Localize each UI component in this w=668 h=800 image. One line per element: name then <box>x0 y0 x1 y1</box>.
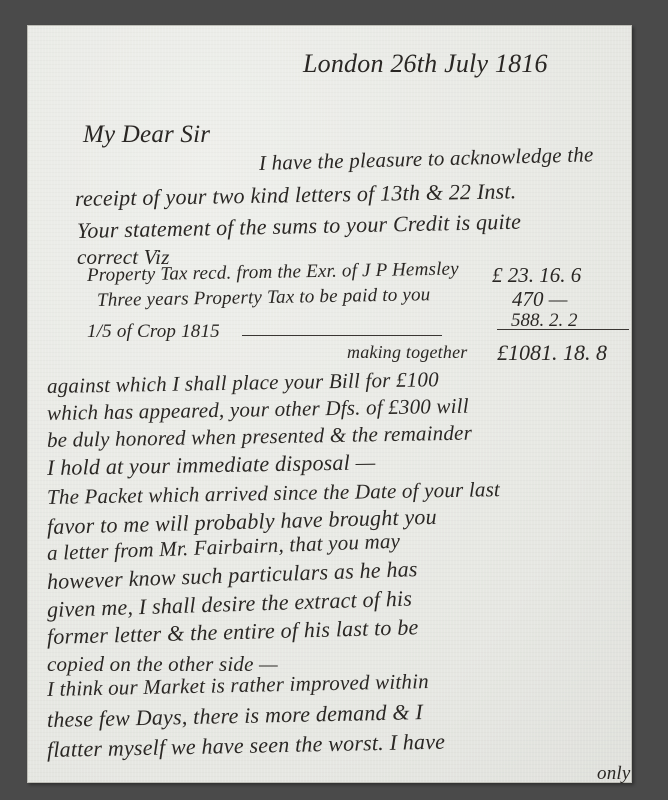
ledger-item-amount: 470 — <box>512 287 567 312</box>
letter-line: Your statement of the sums to your Credi… <box>77 209 522 244</box>
ledger-item-amount: £ 23. 16. 6 <box>492 263 581 288</box>
letter-line: be duly honored when presented & the rem… <box>47 421 472 453</box>
letter-salutation: My Dear Sir <box>83 121 210 149</box>
ledger-dash-flourish <box>242 335 442 336</box>
ledger-total-amount: £1081. 18. 8 <box>497 340 607 366</box>
letter-dateline: London 26th July 1816 <box>303 49 548 79</box>
letter-line: receipt of your two kind letters of 13th… <box>75 178 517 212</box>
letter-line: I have the pleasure to acknowledge the <box>259 142 594 176</box>
letter-line: I hold at your immediate disposal — <box>47 449 376 481</box>
ledger-total-rule <box>497 329 629 330</box>
letter-page: London 26th July 1816 My Dear Sir I have… <box>27 25 632 783</box>
letter-catchword: only <box>597 763 631 783</box>
letter-line: these few Days, there is more demand & I <box>47 699 423 733</box>
letter-line: flatter myself we have seen the worst. I… <box>47 729 446 763</box>
ledger-item-label: Three years Property Tax to be paid to y… <box>97 284 431 312</box>
ledger-item-label: 1/5 of Crop 1815 <box>87 321 220 343</box>
ledger-total-label: making together <box>347 342 467 363</box>
